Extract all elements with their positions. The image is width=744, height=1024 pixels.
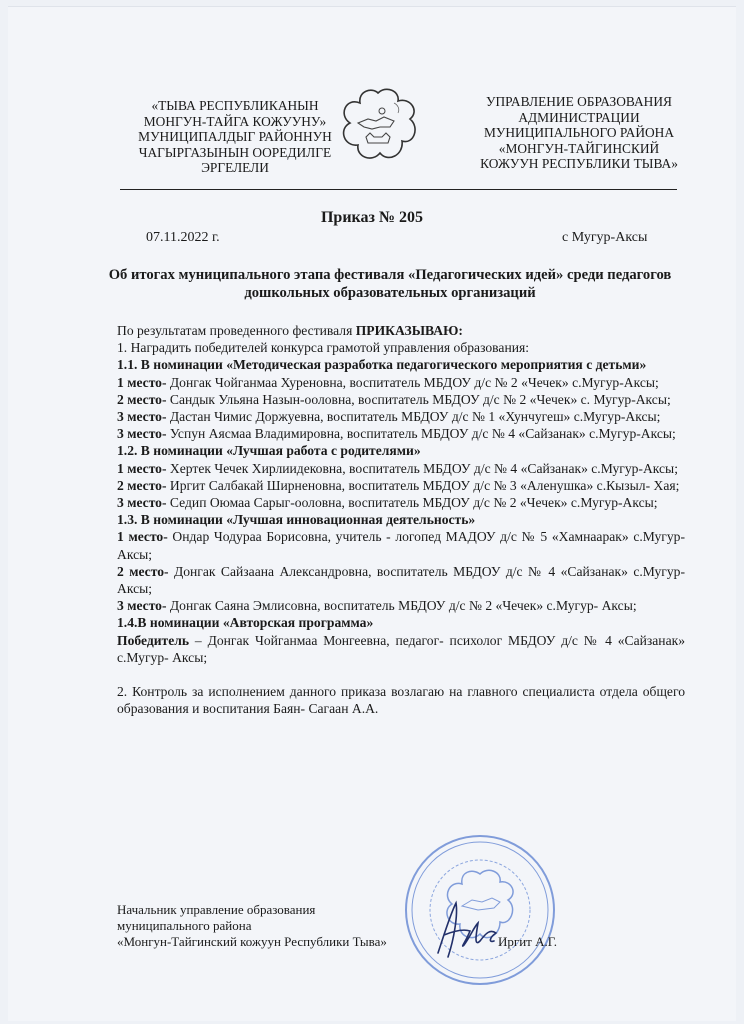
award-entry: 3 место- Донгак Саяна Эмлисовна, воспита… <box>117 597 685 614</box>
header-right-line: МУНИЦИПАЛЬНОГО РАЙОНА <box>464 125 694 141</box>
header-right-russian: УПРАВЛЕНИЕ ОБРАЗОВАНИЯ АДМИНИСТРАЦИИ МУН… <box>464 94 694 172</box>
tuva-coat-of-arms-icon <box>336 87 420 167</box>
award-entry: 1 место- Ондар Чодураа Борисовна, учител… <box>117 528 685 562</box>
award-text: Донгак Сайзаана Александровна, воспитате… <box>117 564 685 596</box>
nomination-heading: 1.4.В номинации «Авторская программа» <box>117 614 685 631</box>
header-left-line: ЭРГЕЛЕЛИ <box>135 160 335 176</box>
order-date: 07.11.2022 г. <box>146 230 220 246</box>
header-left-line: МОНГУН-ТАЙГА КОЖУУНУ» <box>135 114 335 130</box>
header-divider <box>120 189 677 190</box>
header-right-line: «МОНГУН-ТАЙГИНСКИЙ <box>464 141 694 157</box>
order-title: Приказ № 205 <box>0 209 744 227</box>
item-2: 2. Контроль за исполнением данного прика… <box>117 683 685 717</box>
nomination-heading: 1.2. В номинации «Лучшая работа с родите… <box>117 442 685 459</box>
order-place: с Мугур-Аксы <box>562 230 647 246</box>
award-place: 1 место- <box>117 529 168 544</box>
signer-title-line: «Монгун-Тайгинский кожуун Республики Тыв… <box>117 934 387 950</box>
award-text: Успун Аясмаа Владимировна, воспитатель М… <box>167 426 676 441</box>
award-text: Сандык Ульяна Назын-ооловна, воспитатель… <box>167 392 671 407</box>
award-text: – Донгак Чойганмаа Монгеевна, педагог- п… <box>117 633 685 665</box>
award-place: 3 место- <box>117 426 167 441</box>
header-left-line: ЧАГЫРГАЗЫНЫН ООРЕДИЛГЕ <box>135 145 335 161</box>
item-1: 1. Наградить победителей конкурса грамот… <box>117 339 685 356</box>
award-entry: 3 место- Дастан Чимис Доржуевна, воспита… <box>117 408 685 425</box>
award-text: Хертек Чечек Хирлиидековна, воспитатель … <box>167 461 678 476</box>
award-entry: 1 место- Донгак Чойганмаа Хуреновна, вос… <box>117 374 685 391</box>
handwritten-signature-icon <box>430 895 505 965</box>
award-text: Иргит Салбакай Ширненовна, воспитатель М… <box>167 478 680 493</box>
award-place: 1 место- <box>117 461 167 476</box>
award-text: Донгак Саяна Эмлисовна, воспитатель МБДО… <box>167 598 637 613</box>
award-entry: 2 место- Сандык Ульяна Назын-ооловна, во… <box>117 391 685 408</box>
award-text: Ондар Чодураа Борисовна, учитель - логоп… <box>117 529 685 561</box>
order-body: По результатам проведенного фестиваля ПР… <box>117 322 685 717</box>
award-place: 2 место- <box>117 564 169 579</box>
nomination-heading: 1.3. В номинации «Лучшая инновационная д… <box>117 511 685 528</box>
header-left-tuvan: «ТЫВА РЕСПУБЛИКАНЫН МОНГУН-ТАЙГА КОЖУУНУ… <box>135 98 335 176</box>
header-left-line: МУНИЦИПАЛДЫГ РАЙОННУН <box>135 129 335 145</box>
award-text: Донгак Чойганмаа Хуреновна, воспитатель … <box>167 375 659 390</box>
award-place: 2 место- <box>117 478 167 493</box>
header-right-line: УПРАВЛЕНИЕ ОБРАЗОВАНИЯ <box>464 94 694 110</box>
order-subject: Об итогах муниципального этапа фестиваля… <box>100 266 680 302</box>
header-right-line: АДМИНИСТРАЦИИ <box>464 110 694 126</box>
award-entry: 3 место- Седип Оюмаа Сарыг-ооловна, восп… <box>117 494 685 511</box>
award-entry: 3 место- Успун Аясмаа Владимировна, восп… <box>117 425 685 442</box>
award-text: Дастан Чимис Доржуевна, воспитатель МБДО… <box>167 409 661 424</box>
signer-title-line: муниципального района <box>117 918 387 934</box>
header-right-line: КОЖУУН РЕСПУБЛИКИ ТЫВА» <box>464 156 694 172</box>
spacer <box>117 666 685 683</box>
award-entry: 2 место- Иргит Салбакай Ширненовна, восп… <box>117 477 685 494</box>
award-text: Седип Оюмаа Сарыг-ооловна, воспитатель М… <box>167 495 658 510</box>
nomination-heading: 1.1. В номинации «Методическая разработк… <box>117 356 685 373</box>
award-place: 3 место- <box>117 598 167 613</box>
award-entry: 2 место- Донгак Сайзаана Александровна, … <box>117 563 685 597</box>
award-entry: Победитель – Донгак Чойганмаа Монгеевна,… <box>117 632 685 666</box>
award-place: 3 место- <box>117 409 167 424</box>
intro-bold: ПРИКАЗЫВАЮ: <box>356 323 463 338</box>
signature-block: Начальник управление образования муницип… <box>117 902 387 950</box>
signer-name: Иргит А.Г. <box>498 934 557 950</box>
award-place: Победитель <box>117 633 189 648</box>
award-place: 2 место- <box>117 392 167 407</box>
intro-text: По результатам проведенного фестиваля <box>117 323 356 338</box>
award-entry: 1 место- Хертек Чечек Хирлиидековна, вос… <box>117 460 685 477</box>
header-left-line: «ТЫВА РЕСПУБЛИКАНЫН <box>135 98 335 114</box>
signer-title-line: Начальник управление образования <box>117 902 387 918</box>
award-place: 1 место- <box>117 375 167 390</box>
award-place: 3 место- <box>117 495 167 510</box>
intro-paragraph: По результатам проведенного фестиваля ПР… <box>117 322 685 339</box>
